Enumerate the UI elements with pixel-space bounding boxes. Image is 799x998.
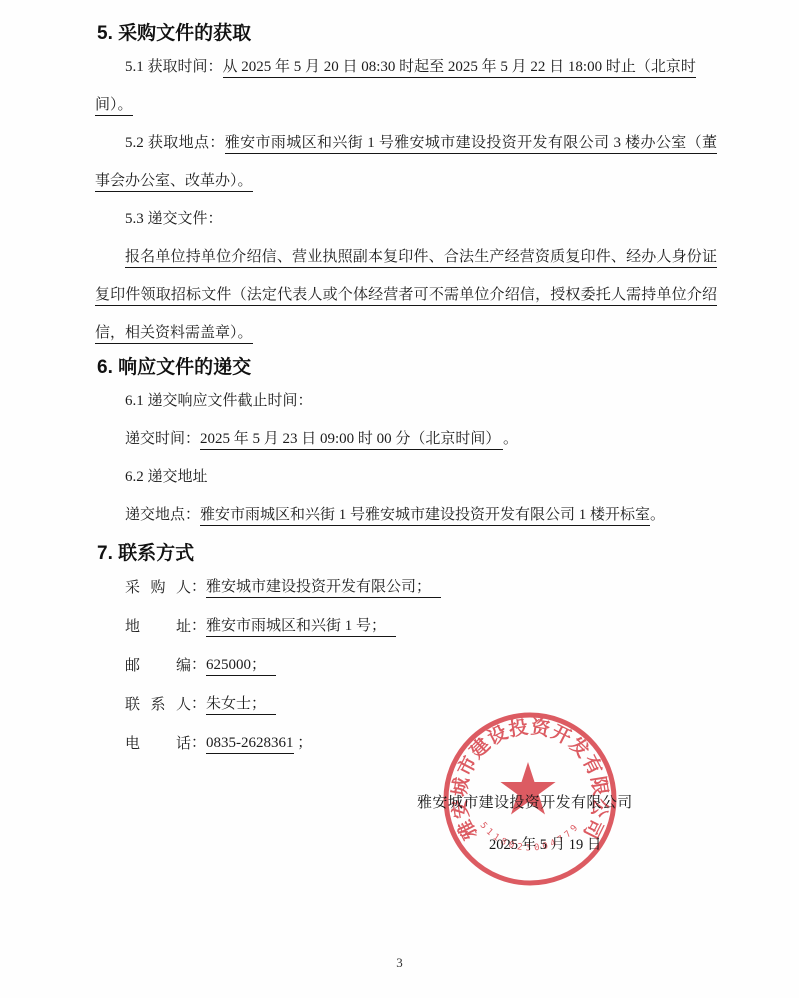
submission-time-period: 。 — [503, 431, 518, 447]
item-5-3: 5.3 递交文件： — [95, 200, 717, 238]
document-page: 5. 采购文件的获取 5.1 获取时间：从 2025 年 5 月 20 日 08… — [0, 0, 799, 998]
contact-value: 0835-2628361 — [206, 735, 294, 754]
contact-colon: ： — [191, 735, 206, 751]
contact-value: 雅安城市建设投资开发有限公司； — [206, 579, 441, 598]
page-number: 3 — [0, 955, 799, 971]
item-6-1-label: 6.1 递交响应文件截止时间： — [125, 393, 313, 409]
submission-time-value: 2025 年 5 月 23 日 09:00 时 00 分（北京时间） — [200, 431, 503, 450]
item-5-3-label: 5.3 递交文件： — [125, 211, 223, 227]
document-body: 5. 采购文件的获取 5.1 获取时间：从 2025 年 5 月 20 日 08… — [95, 20, 717, 763]
contact-label: 邮编 — [125, 647, 191, 685]
item-5-1: 5.1 获取时间：从 2025 年 5 月 20 日 08:30 时起至 202… — [95, 48, 717, 124]
section7-heading: 7. 联系方式 — [97, 540, 717, 568]
signature-date: 2025 年 5 月 19 日 — [489, 833, 601, 854]
submission-place: 递交地点：雅安市雨城区和兴街 1 号雅安城市建设投资开发有限公司 1 楼开标室。 — [95, 496, 717, 534]
contact-suffix: ； — [294, 735, 313, 751]
signature-company-name: 雅安城市建设投资开发有限公司 — [417, 791, 633, 812]
contact-label: 联系人 — [125, 686, 191, 724]
contact-value: 雅安市雨城区和兴街 1 号； — [206, 618, 396, 637]
section6-heading: 6. 响应文件的递交 — [97, 354, 717, 382]
item-5-3-paragraph: 报名单位持单位介绍信、营业执照副本复印件、合法生产经营资质复印件、经办人身份证复… — [95, 238, 717, 352]
item-5-2: 5.2 获取地点：雅安市雨城区和兴街 1 号雅安城市建设投资开发有限公司 3 楼… — [95, 124, 717, 200]
contact-colon: ： — [191, 657, 206, 673]
item-6-2-label: 6.2 递交地址 — [125, 469, 208, 485]
contact-row-purchaser: 采购人：雅安城市建设投资开发有限公司； — [95, 568, 717, 607]
item-5-1-label: 5.1 获取时间： — [125, 59, 223, 75]
contact-colon: ： — [191, 618, 206, 634]
contact-colon: ： — [191, 579, 206, 595]
submission-place-period: 。 — [650, 507, 665, 523]
item-5-3-paragraph-text: 报名单位持单位介绍信、营业执照副本复印件、合法生产经营资质复印件、经办人身份证复… — [95, 249, 717, 344]
submission-time: 递交时间：2025 年 5 月 23 日 09:00 时 00 分（北京时间）。 — [95, 420, 717, 458]
item-6-2: 6.2 递交地址 — [95, 458, 717, 496]
submission-place-label: 递交地点： — [125, 507, 200, 523]
submission-time-label: 递交时间： — [125, 431, 200, 447]
section5-heading: 5. 采购文件的获取 — [97, 20, 717, 48]
contact-value: 朱女士； — [206, 696, 276, 715]
contact-colon: ： — [191, 696, 206, 712]
contact-row-address: 地址：雅安市雨城区和兴街 1 号； — [95, 607, 717, 646]
item-6-1: 6.1 递交响应文件截止时间： — [95, 382, 717, 420]
contact-row-zipcode: 邮编：625000； — [95, 646, 717, 685]
submission-place-value: 雅安市雨城区和兴街 1 号雅安城市建设投资开发有限公司 1 楼开标室 — [200, 507, 650, 526]
contact-label: 电话 — [125, 725, 191, 763]
contact-value: 625000； — [206, 657, 276, 676]
contact-label: 地址 — [125, 608, 191, 646]
item-5-2-label: 5.2 获取地点： — [125, 135, 225, 151]
contact-label: 采购人 — [125, 569, 191, 607]
